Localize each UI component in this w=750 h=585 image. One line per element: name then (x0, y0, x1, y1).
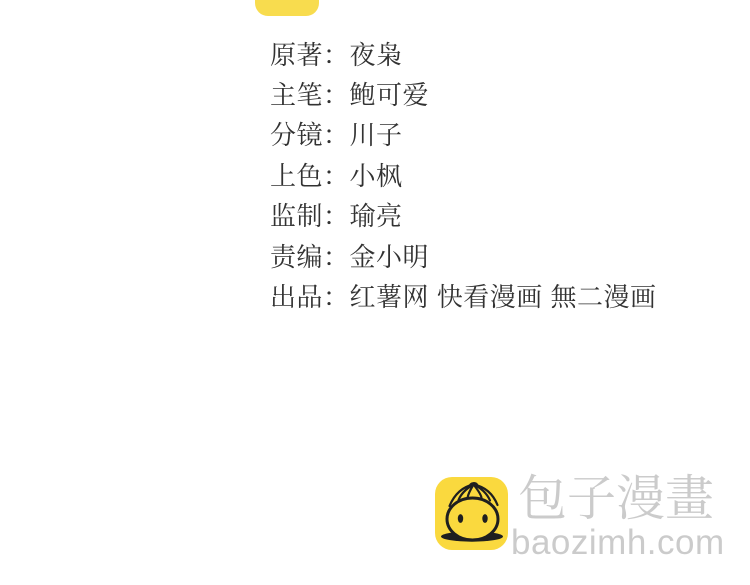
credit-line: 上色：小枫 (270, 154, 656, 194)
credit-role-label: 责编： (270, 237, 350, 274)
credits-list: 原著：夜枭主笔：鲍可爱分镜：川子上色：小枫监制：瑜亮责编：金小明出品：红薯网 快… (270, 33, 656, 316)
credit-line: 原著：夜枭 (270, 33, 656, 73)
baozi-bun-icon (435, 477, 508, 550)
icon-background (435, 477, 508, 550)
speech-bubble-tab (255, 0, 319, 16)
credit-person-name: 夜枭 (350, 35, 403, 72)
credit-role-label: 上色： (270, 156, 350, 193)
credit-role-label: 出品： (270, 277, 350, 314)
credit-line: 分镜：川子 (270, 114, 656, 154)
bun-right-eye (482, 514, 487, 523)
credit-person-name: 红薯网 快看漫画 無二漫画 (350, 277, 657, 314)
watermark-title: 包子漫畫 (518, 475, 714, 524)
credit-role-label: 原著： (270, 35, 350, 72)
credit-person-name: 川子 (350, 115, 403, 152)
credit-line: 责编：金小明 (270, 235, 656, 275)
credit-line: 出品：红薯网 快看漫画 無二漫画 (270, 275, 656, 315)
bun-pleats (450, 483, 498, 506)
watermark-url: baozimh.com (511, 525, 725, 560)
bun-body (447, 498, 498, 540)
credit-person-name: 金小明 (350, 237, 430, 274)
bun-left-eye (458, 514, 463, 523)
credit-role-label: 主笔： (270, 75, 350, 112)
credit-person-name: 瑜亮 (350, 196, 403, 233)
credit-line: 监制：瑜亮 (270, 195, 656, 235)
credit-role-label: 分镜： (270, 115, 350, 152)
bun-shadow (441, 531, 503, 541)
credit-person-name: 鲍可爱 (350, 75, 430, 112)
credit-line: 主笔：鲍可爱 (270, 73, 656, 113)
credit-person-name: 小枫 (350, 156, 403, 193)
credit-role-label: 监制： (270, 196, 350, 233)
comic-credits-page: 原著：夜枭主笔：鲍可爱分镜：川子上色：小枫监制：瑜亮责编：金小明出品：红薯网 快… (0, 0, 750, 585)
